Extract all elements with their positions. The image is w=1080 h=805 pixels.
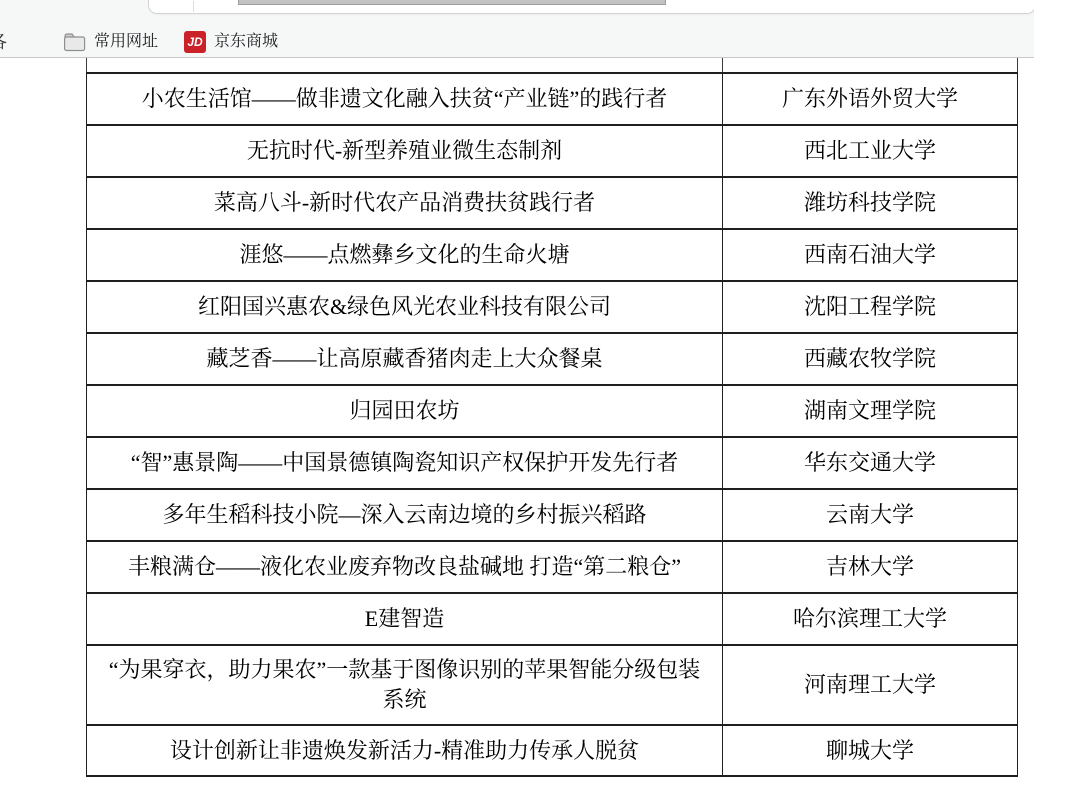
- browser-window: 各 常用网址 JD 京东商城 小农生活馆——做非遗文化融入扶贫“产业链”的践行者…: [0, 0, 1080, 805]
- table-row: 归园田农坊湖南文理学院: [87, 386, 1017, 438]
- toolbar-right-gap: [1034, 0, 1080, 58]
- browser-toolbar: 各 常用网址 JD 京东商城: [0, 0, 1080, 58]
- table-row: “智”惠景陶——中国景德镇陶瓷知识产权保护开发先行者华东交通大学: [87, 438, 1017, 490]
- university-cell: 广东外语外贸大学: [723, 74, 1017, 124]
- address-input-remnant: [238, 0, 666, 5]
- table-row: 涯悠——点燃彝乡文化的生命火塘西南石油大学: [87, 230, 1017, 282]
- clipped-bookmark-item[interactable]: 各: [0, 30, 11, 54]
- clipped-bookmark-label: 各: [0, 30, 7, 54]
- university-cell: 潍坊科技学院: [723, 178, 1017, 228]
- table-border-stub-middle: [722, 58, 723, 72]
- address-bar-remnant[interactable]: [148, 0, 1036, 14]
- project-name-cell: “智”惠景陶——中国景德镇陶瓷知识产权保护开发先行者: [87, 438, 723, 488]
- folder-icon: [63, 33, 86, 52]
- bookmark-label: 常用网址: [94, 30, 158, 54]
- table-row: E建智造哈尔滨理工大学: [87, 594, 1017, 646]
- page-content: 小农生活馆——做非遗文化融入扶贫“产业链”的践行者广东外语外贸大学无抗时代-新型…: [0, 58, 1080, 805]
- university-cell: 沈阳工程学院: [723, 282, 1017, 332]
- table-row: 丰粮满仓——液化农业废弃物改良盐碱地 打造“第二粮仓”吉林大学: [87, 542, 1017, 594]
- university-cell: 华东交通大学: [723, 438, 1017, 488]
- tab-divider: [193, 1, 194, 12]
- project-name-cell: 红阳国兴惠农&绿色风光农业科技有限公司: [87, 282, 723, 332]
- university-cell: 云南大学: [723, 490, 1017, 540]
- table-row: 红阳国兴惠农&绿色风光农业科技有限公司沈阳工程学院: [87, 282, 1017, 334]
- university-cell: 西北工业大学: [723, 126, 1017, 176]
- project-name-cell: “为果穿衣，助力果农”一款基于图像识别的苹果智能分级包装 系统: [87, 646, 723, 724]
- university-cell: 西藏农牧学院: [723, 334, 1017, 384]
- award-table: 小农生活馆——做非遗文化融入扶贫“产业链”的践行者广东外语外贸大学无抗时代-新型…: [86, 72, 1018, 777]
- university-cell: 湖南文理学院: [723, 386, 1017, 436]
- project-name-cell: 小农生活馆——做非遗文化融入扶贫“产业链”的践行者: [87, 74, 723, 124]
- bookmark-folder-item[interactable]: 常用网址: [63, 30, 158, 54]
- table-row: 无抗时代-新型养殖业微生态制剂西北工业大学: [87, 126, 1017, 178]
- university-cell: 河南理工大学: [723, 646, 1017, 724]
- project-name-cell: E建智造: [87, 594, 723, 644]
- table-row: 藏芝香——让高原藏香猪肉走上大众餐桌西藏农牧学院: [87, 334, 1017, 386]
- project-name-cell: 多年生稻科技小院—深入云南边境的乡村振兴稻路: [87, 490, 723, 540]
- university-cell: 吉林大学: [723, 542, 1017, 592]
- project-name-cell: 丰粮满仓——液化农业废弃物改良盐碱地 打造“第二粮仓”: [87, 542, 723, 592]
- university-cell: 西南石油大学: [723, 230, 1017, 280]
- project-name-cell: 涯悠——点燃彝乡文化的生命火塘: [87, 230, 723, 280]
- table-row: “为果穿衣，助力果农”一款基于图像识别的苹果智能分级包装 系统河南理工大学: [87, 646, 1017, 726]
- table-row: 菜高八斗-新时代农产品消费扶贫践行者潍坊科技学院: [87, 178, 1017, 230]
- jd-logo-icon: JD: [184, 31, 206, 53]
- project-name-cell: 菜高八斗-新时代农产品消费扶贫践行者: [87, 178, 723, 228]
- project-name-cell: 归园田农坊: [87, 386, 723, 436]
- project-name-cell: 设计创新让非遗焕发新活力-精准助力传承人脱贫: [87, 726, 723, 775]
- project-name-cell: 藏芝香——让高原藏香猪肉走上大众餐桌: [87, 334, 723, 384]
- table-row: 小农生活馆——做非遗文化融入扶贫“产业链”的践行者广东外语外贸大学: [87, 74, 1017, 126]
- table-row: 设计创新让非遗焕发新活力-精准助力传承人脱贫聊城大学: [87, 726, 1017, 775]
- university-cell: 哈尔滨理工大学: [723, 594, 1017, 644]
- table-row: 多年生稻科技小院—深入云南边境的乡村振兴稻路云南大学: [87, 490, 1017, 542]
- project-name-cell: 无抗时代-新型养殖业微生态制剂: [87, 126, 723, 176]
- bookmark-jd-mall[interactable]: JD 京东商城: [184, 30, 278, 54]
- table-border-stub-right: [1017, 58, 1018, 72]
- bookmark-label: 京东商城: [214, 30, 278, 54]
- table-border-stub-left: [86, 58, 87, 72]
- university-cell: 聊城大学: [723, 726, 1017, 775]
